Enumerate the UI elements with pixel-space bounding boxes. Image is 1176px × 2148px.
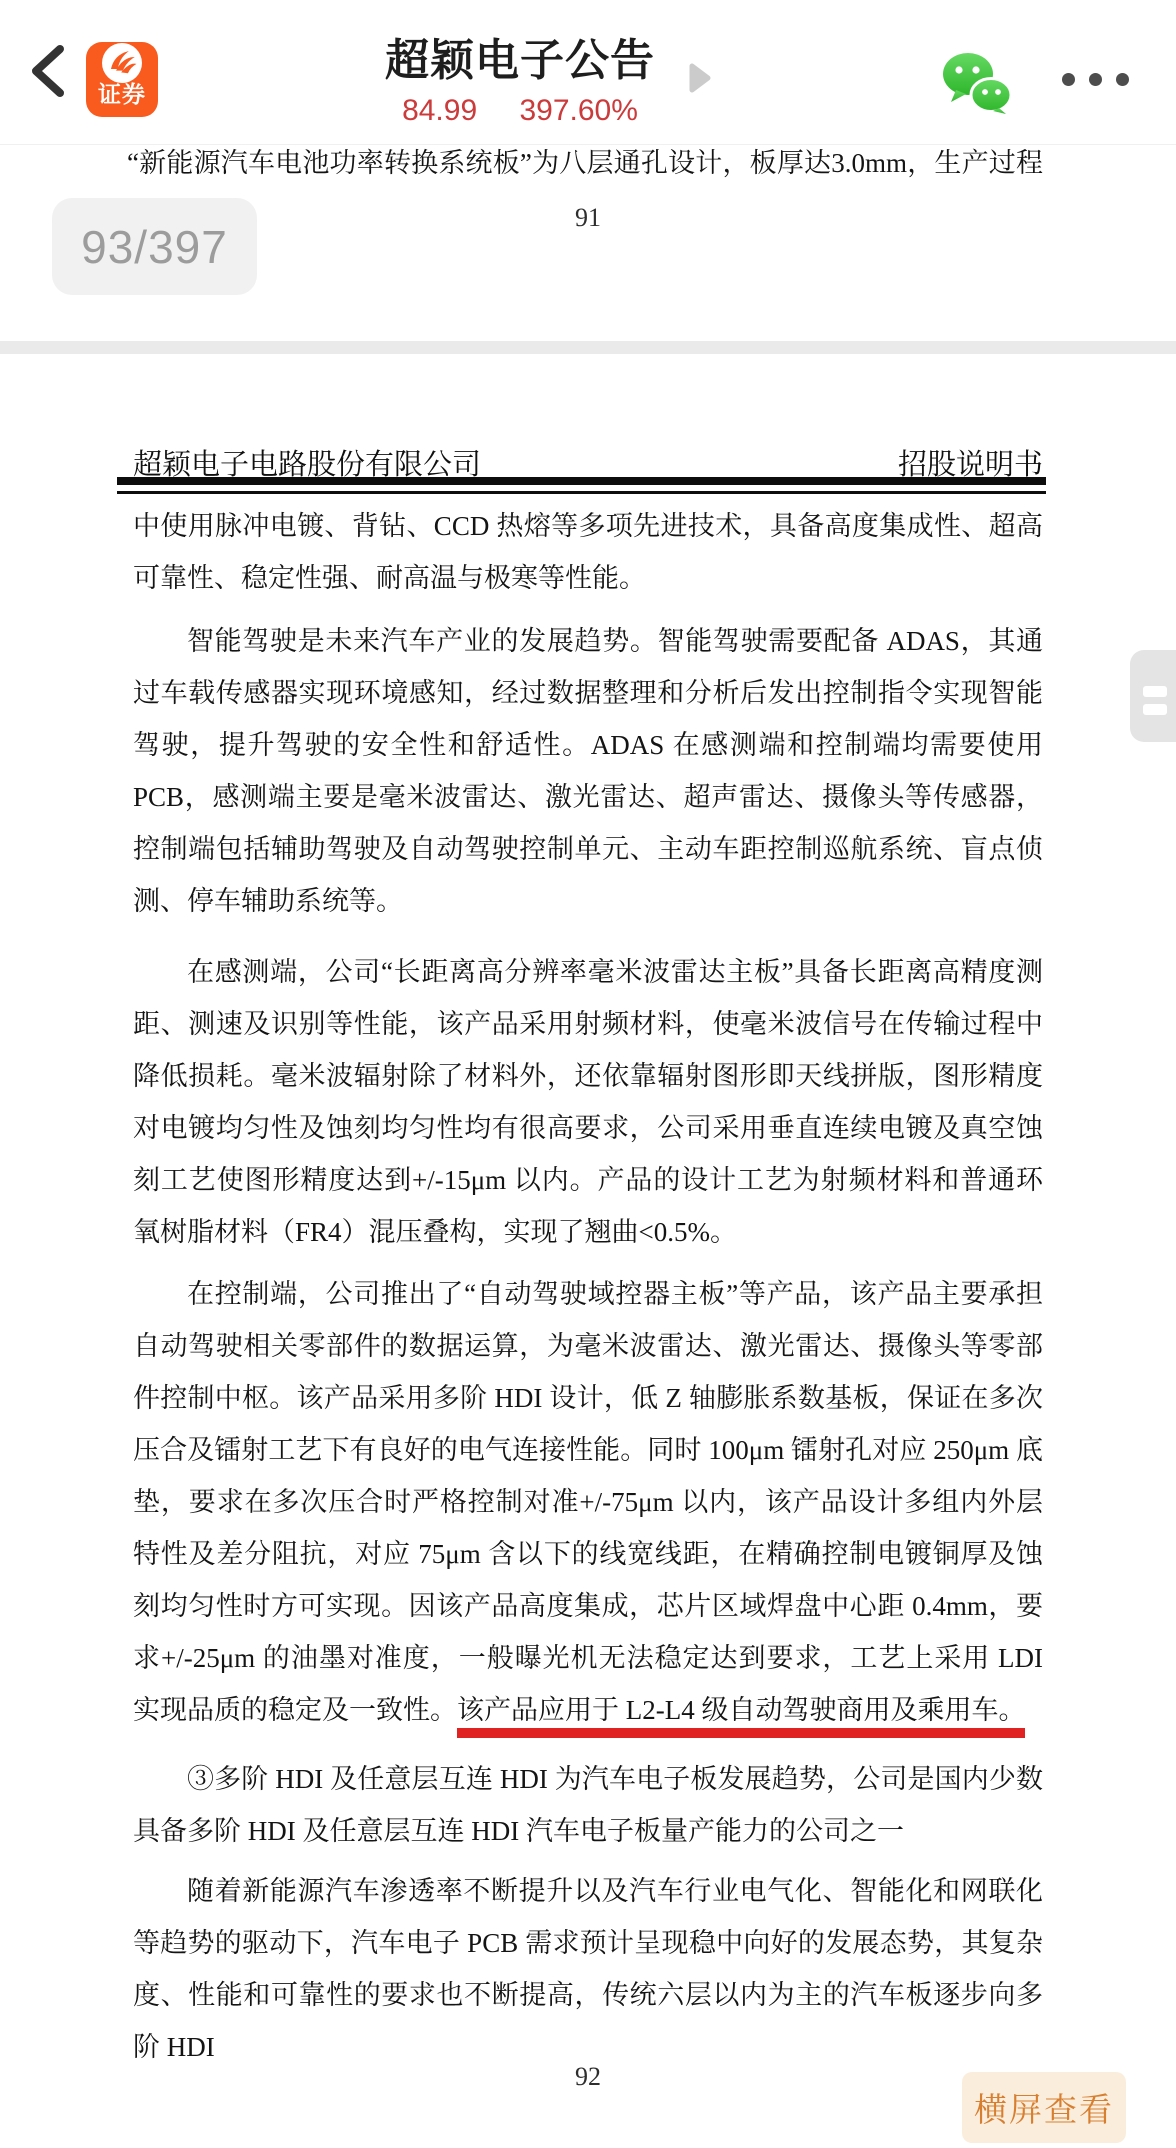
- more-dots-icon: [1116, 73, 1129, 86]
- paragraph: 随着新能源汽车渗透率不断提升以及汽车行业电气化、智能化和网联化等趋势的驱动下，汽…: [133, 1865, 1043, 2073]
- paragraph: 智能驾驶是未来汽车产业的发展趋势。智能驾驶需要配备 ADAS，其通过车载传感器实…: [133, 615, 1043, 927]
- stock-title-group[interactable]: 超颖电子公告: [300, 24, 740, 88]
- paragraph: 中使用脉冲电镀、背钻、CCD 热熔等多项先进技术，具备高度集成性、超高可靠性、稳…: [133, 500, 1043, 604]
- header-rule-thick: [117, 477, 1046, 485]
- more-dots-icon: [1089, 73, 1102, 86]
- grip-line: [1143, 704, 1167, 715]
- landscape-view-button[interactable]: 横屏查看: [962, 2072, 1126, 2143]
- securities-app-icon[interactable]: 证券: [86, 42, 158, 117]
- document-body: 中使用脉冲电镀、背钻、CCD 热熔等多项先进技术，具备高度集成性、超高可靠性、稳…: [133, 500, 1043, 2073]
- stock-quote-row[interactable]: 84.99 397.60%: [300, 94, 740, 128]
- page91-last-line: “新能源汽车电池功率转换系统板”为八层通孔设计，板厚达3.0mm，生产过程: [127, 146, 1043, 180]
- scrollbar-handle[interactable]: [1130, 650, 1176, 742]
- back-button[interactable]: [24, 44, 72, 102]
- grip-line: [1143, 686, 1167, 697]
- more-dots-icon: [1062, 73, 1075, 86]
- more-menu-button[interactable]: [1062, 70, 1129, 88]
- page-position-indicator: 93/397: [52, 198, 257, 295]
- header-rule-thin: [117, 491, 1046, 494]
- wechat-share-button[interactable]: [942, 52, 1012, 114]
- app-badge-label: 证券: [86, 76, 158, 109]
- paragraph: 在控制端，公司推出了“自动驾驶域控器主板”等产品，该产品主要承担自动驾驶相关零部…: [133, 1268, 1043, 1736]
- stock-change-percent: 397.60%: [519, 94, 637, 127]
- back-chevron-icon: [26, 43, 70, 104]
- red-underlined-sentence: 该产品应用于 L2-L4 级自动驾驶商用及乘用车。: [457, 1695, 1025, 1738]
- app-header: 证券 超颖电子公告 84.99 397.60%: [0, 0, 1176, 145]
- page-separator: [0, 341, 1176, 354]
- page-title: 超颖电子公告: [385, 24, 655, 88]
- wechat-icon: [942, 101, 1012, 118]
- paragraph: ③多阶 HDI 及任意层互连 HDI 为汽车电子板发展趋势，公司是国内少数具备多…: [133, 1753, 1043, 1857]
- stock-price: 84.99: [402, 94, 477, 127]
- paragraph: 在感测端，公司“长距离高分辨率毫米波雷达主板”具备长距离高精度测距、测速及识别等…: [133, 946, 1043, 1258]
- screen: 证券 超颖电子公告 84.99 397.60%: [0, 0, 1176, 2148]
- paragraph-text: 在控制端，公司推出了“自动驾驶域控器主板”等产品，该产品主要承担自动驾驶相关零部…: [133, 1279, 1043, 1725]
